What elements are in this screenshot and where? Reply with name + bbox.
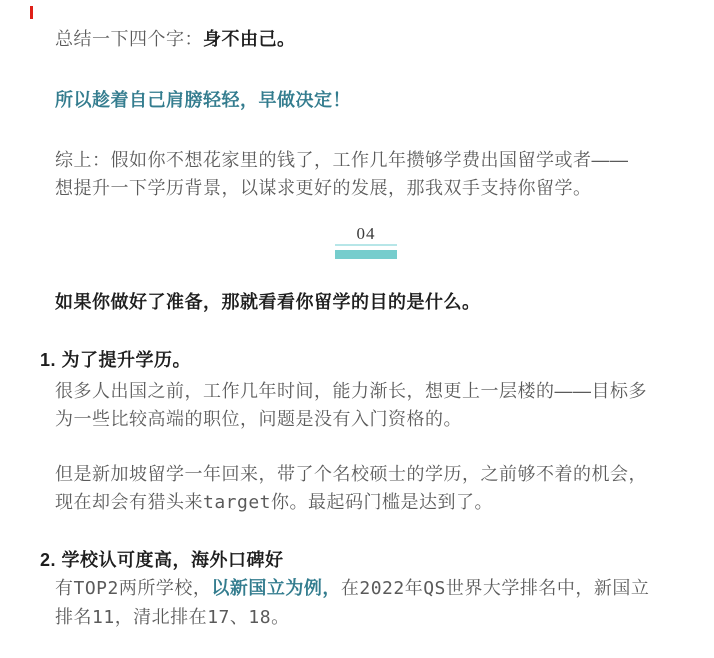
line2-prefix: 现在却会有猎头来 [55,492,203,512]
line2-suffix: 你。最起码门槛是达到了。 [271,492,493,512]
point2-title-text: 2. 学校认可度高，海外口碑好 [40,550,284,570]
point1-paragraph2: 但是新加坡留学一年回来，带了个名校硕士的学历，之前够不着的机会， 现在却会有猎头… [55,460,714,517]
seg-enum-comma: 、 [230,607,249,627]
point2-paragraph1-line2: 排名11，清北排在17、18。 [55,603,714,632]
point1-paragraph2-line1: 但是新加坡留学一年回来，带了个名校硕士的学历，之前够不着的机会， [55,460,714,488]
seg-rank-label: 排名 [55,607,92,627]
point1-title: 1. 为了提升学历。 [40,349,714,371]
summary-prefix: 总结一下四个字： [55,29,203,49]
red-marker [30,6,33,19]
point2-paragraph1-line1: 有TOP2两所学校，以新国立为例，在2022年QS世界大学排名中，新国立 [55,574,714,603]
section-number: 04 [335,224,397,244]
question-heading-text: 如果你做好了准备，那就看看你留学的目的是什么。 [55,292,481,312]
seg-in: 在 [341,578,360,598]
seg-year-char: 年 [405,578,424,598]
point1-paragraph1-line2: 为一些比较高端的职位，问题是没有入门资格的。 [55,405,714,433]
conclusion-line-1: 综上：假如你不想花家里的钱了，工作几年攒够学费出国留学或者—— [55,146,714,174]
line2-latin-word: target [203,492,271,513]
section-divider: 04 [335,224,397,259]
seg-period: 。 [271,607,290,627]
seg-rank-18: 18 [248,607,271,628]
seg-ranking-text: 世界大学排名中，新国立 [446,578,650,598]
point1-paragraph1: 很多人出国之前，工作几年时间，能力渐长，想更上一层楼的——目标多 为一些比较高端… [55,377,714,433]
question-heading: 如果你做好了准备，那就看看你留学的目的是什么。 [55,291,714,313]
article-page: 总结一下四个字：身不由己。 所以趁着自己肩膀轻轻，早做决定！ 综上：假如你不想花… [0,0,714,658]
seg-nus-example-accent: 以新国立为例， [211,578,341,598]
point1-paragraph1-line1: 很多人出国之前，工作几年时间，能力渐长，想更上一层楼的——目标多 [55,377,714,405]
seg-qs: QS [423,578,446,599]
point1-title-text: 1. 为了提升学历。 [40,350,191,370]
summary-emphasis: 身不由己。 [203,29,296,49]
divider-thin-line [335,244,397,246]
seg-you: 有 [55,578,74,598]
point2-title: 2. 学校认可度高，海外口碑好 [40,549,714,571]
point1-paragraph2-line2: 现在却会有猎头来target你。最起码门槛是达到了。 [55,488,714,517]
seg-rank-17: 17 [207,607,230,628]
divider-accent-bar [335,250,397,259]
point2-paragraph1: 有TOP2两所学校，以新国立为例，在2022年QS世界大学排名中，新国立 排名1… [55,574,714,632]
seg-year-2022: 2022 [359,578,404,599]
conclusion-paragraph: 综上：假如你不想花家里的钱了，工作几年攒够学费出国留学或者—— 想提升一下学历背… [55,146,714,202]
seg-rank-11: 11 [92,607,115,628]
conclusion-line-2: 想提升一下学历背景，以谋求更好的发展，那我双手支持你留学。 [55,174,714,202]
seg-top2: TOP2 [74,578,119,599]
seg-schools: 两所学校， [119,578,212,598]
summary-line: 总结一下四个字：身不由己。 [55,28,714,50]
accent-callout-line: 所以趁着自己肩膀轻轻，早做决定！ [55,89,714,111]
accent-callout-text: 所以趁着自己肩膀轻轻，早做决定！ [55,90,351,110]
seg-qingbei: ，清北排在 [115,607,208,627]
